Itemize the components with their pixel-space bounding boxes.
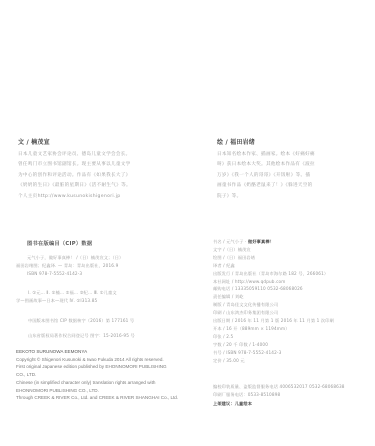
bio-line: 为中心的创作和评论活动。作品有《如果我长大了》 (18, 171, 183, 181)
cip-lines: 元气小子，做好事真棒！ /（日）楠茂宣文；（日） 福田岩绪图；纪鑫译. — 青岛… (24, 254, 123, 277)
cip-record: 中国版本图书馆 CIP 数据核字（2016）第 177161 号 (28, 317, 134, 325)
service-line: 编校印装质量、盗版监督服务电话 4006532017 0532-68068638 (213, 383, 345, 391)
bio-line: 日本知名绘本作家、插画家。绘本《好痛好痛 (217, 150, 367, 160)
original-title: EEKOTO SURUNOWA EEMONYA (16, 348, 178, 356)
colophon: 书名 / 元气小子 · 做好事真棒！ 文字 /（日）楠茂宣 绘图 /（日）福田岩… (213, 238, 334, 365)
book-title-line: 书名 / 元气小子 · 做好事真棒！ (213, 238, 334, 246)
bio-line: 曾任鸣门市立图书馆副馆长。现主要从事以儿童文学 (18, 160, 183, 170)
illustrator-bio: 绘 / 福田岩绪 日本知名绘本作家、插画家。绘本《好痛好痛 呀》获日本绘本大奖。… (217, 137, 367, 202)
copyright-line: EHONNOMORI PUBLISHING CO., LTD. (16, 387, 178, 395)
colophon-line: 绘图 /（日）福田岩绪 (213, 254, 334, 262)
colophon-line: 责任编辑 / 刘屹 (213, 293, 334, 301)
bio-line: 《奶奶的生日》《最脏的星期日》《活不耐生气》等。 (18, 181, 183, 191)
shelf-suggestion: 上架建议：儿童绘本 (213, 400, 345, 408)
cip-class-line: 学—图画故事—日本—现代 Ⅳ. ①I313.85 (16, 297, 117, 305)
bio-line: 画童书作品《奶酪老鼠来了！》《躲进天空的 (217, 181, 367, 191)
colophon-line: 定价 / 35.00 元 (213, 357, 334, 365)
author-heading: 文 / 楠茂宣 (18, 137, 183, 146)
colophon-line: 出版日期 / 2016 年 11 月第 1 版 2016 年 11 月第 1 次… (213, 317, 334, 325)
english-copyright: EEKOTO SURUNOWA EEMONYA Copyright © Shig… (16, 348, 178, 402)
illustrator-bio-text: 日本知名绘本作家、插画家。绘本《好痛好痛 呀》获日本绘本大奖。其他绘本作品有《波… (217, 150, 367, 202)
copyright-line: First original Japanese edition publishe… (16, 363, 178, 371)
bio-line: 万岁》《我一个人的哥哥》《开饭啦》等。插 (217, 171, 367, 181)
bio-line: 个人主页http://www.kusunokishigenori.jp (18, 192, 183, 202)
colophon-line: 文字 /（日）楠茂宣 (213, 246, 334, 254)
colophon-line: 本社网址 / http://www.qdpub.com (213, 278, 334, 286)
service-line: 印刷厂服务电话：0533-8510898 (213, 391, 345, 399)
bio-line: 院子》等。 (217, 192, 367, 202)
copyright-line: CO., LTD. (16, 371, 178, 379)
colophon-line: 字数 / 20 千 印数 / 1-4000 (213, 341, 334, 349)
bio-line: 呀》获日本绘本大奖。其他绘本作品有《波拉 (217, 160, 367, 170)
cip-line: 福田岩绪图；纪鑫译. — 青岛：青岛出版社，2016.9 (16, 262, 123, 270)
colophon-line: 邮购电话 / 13335059110 0532-68068026 (213, 285, 334, 293)
book-title-label: 书名 / 元气小子 · (213, 239, 248, 244)
cip-line: 元气小子，做好事真棒！ /（日）楠茂宣文；（日） (24, 254, 123, 262)
colophon-line: 制版 / 青岛佳文文化传播有限公司 (213, 301, 334, 309)
illustrator-heading: 绘 / 福田岩绪 (217, 137, 367, 146)
colophon-line: 开本 / 16 开（889mm × 1194mm） (213, 325, 334, 333)
cip-isbn: ISBN 978-7-5552-4142-3 (24, 270, 123, 278)
book-title-value: 做好事真棒！ (248, 239, 274, 244)
colophon-line: 印刷 / 山东鸿杰印务集团有限公司 (213, 309, 334, 317)
copyright-line: Chinese (in simplified character only) t… (16, 379, 178, 387)
cip-classification: Ⅰ. ①元… Ⅱ. ①楠… ②福… ③纪… Ⅲ. ①儿童文 学—图画故事—日本—… (16, 289, 117, 305)
cip-class-line: Ⅰ. ①元… Ⅱ. ①楠… ②福… ③纪… Ⅲ. ①儿童文 (16, 289, 117, 297)
service-info: 编校印装质量、盗版监督服务电话 4006532017 0532-68068638… (213, 383, 345, 408)
colophon-line: 印张 / 2.5 (213, 333, 334, 341)
cip-contract: 山东省版权局著作权合同登记号 图字：15-2016-95 号 (28, 332, 135, 340)
copyright-line: Through CREEK & RIVER Co., Ltd. and CREE… (16, 394, 178, 402)
colophon-line: 出版发行 / 青岛出版社（青岛市海尔路 182 号，266061） (213, 270, 334, 278)
colophon-line: 书号 / ISBN 978-7-5552-4142-3 (213, 349, 334, 357)
author-bio: 文 / 楠茂宣 日本儿童文艺家协会评论员、德岛儿童文学会会长。 曾任鸣门市立图书… (18, 137, 183, 202)
colophon-line: 译者 / 纪鑫 (213, 262, 334, 270)
author-bio-text: 日本儿童文艺家协会评论员、德岛儿童文学会会长。 曾任鸣门市立图书馆副馆长。现主要… (18, 150, 183, 202)
copyright-line: Copyright © Shigenori Kusunoki & Iwao Fu… (16, 356, 178, 364)
bio-line: 日本儿童文艺家协会评论员、德岛儿童文学会会长。 (18, 150, 183, 160)
cip-title: 图书在版编目（CIP）数据 (27, 240, 92, 247)
